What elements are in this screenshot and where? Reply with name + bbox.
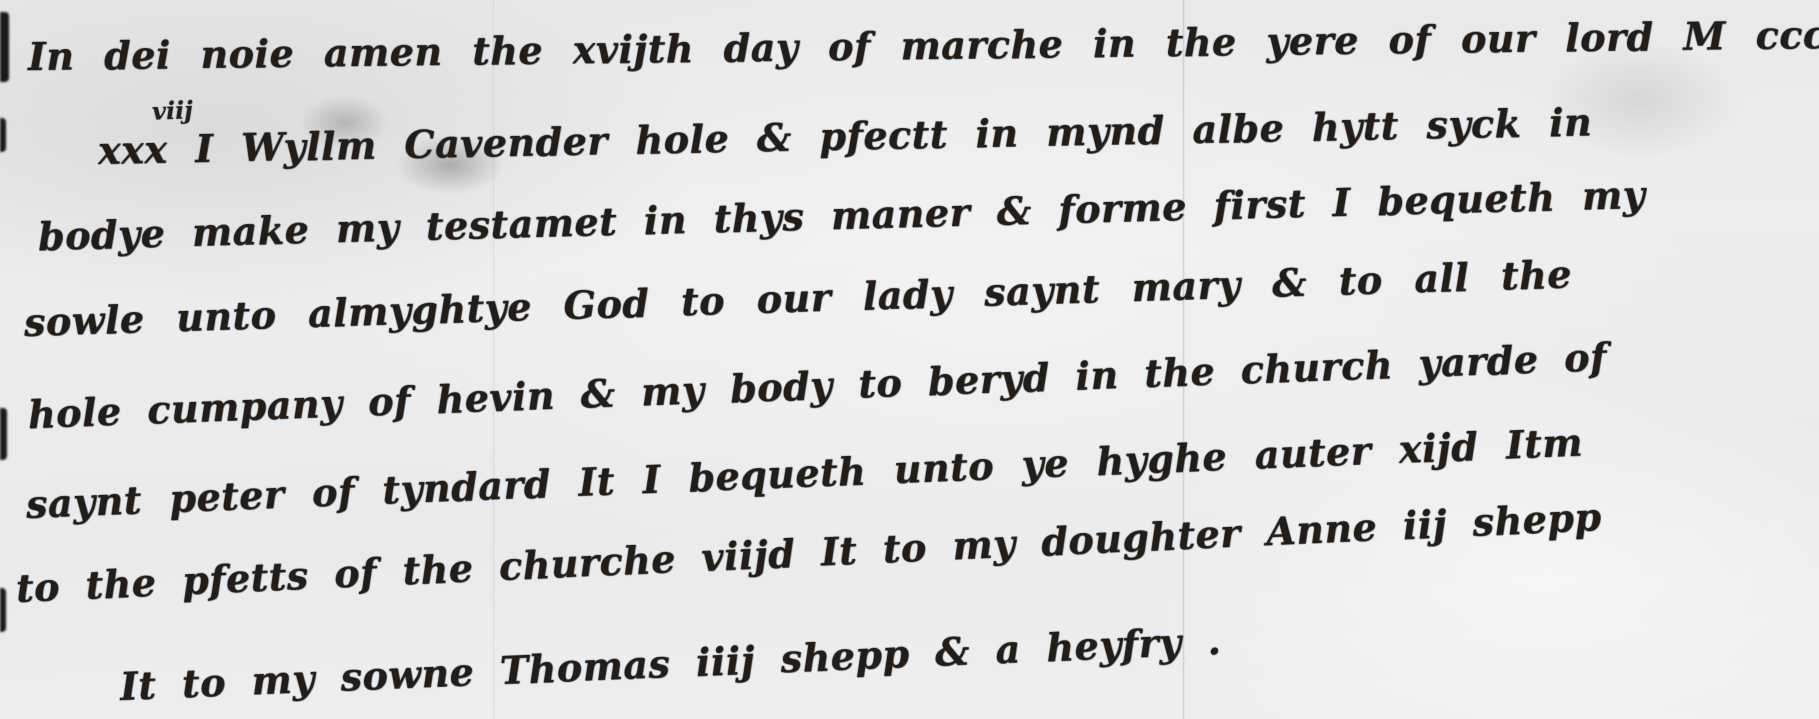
fold-crease-left [492,0,495,719]
manuscript-line: bodye make my testamet in thys maner & f… [37,172,1645,259]
scan-edge-artifact [0,408,7,460]
interlined-insertion: viij [152,95,194,125]
manuscript-line: It to my sowne Thomas iiij shepp & a hey… [119,618,1222,709]
manuscript-page: In dei noie amen the xvijth day of march… [0,0,1819,719]
manuscript-line: hole cumpany of hevin & my body to beryd… [27,334,1607,437]
scan-edge-artifact [0,588,6,632]
manuscript-line: xxx I Wyllm Cavender hole & pfectt in my… [98,99,1593,173]
scan-edge-artifact [0,12,9,82]
manuscript-line: In dei noie amen the xvijth day of march… [28,12,1819,79]
scan-edge-artifact [0,118,6,152]
manuscript-line: sowle unto almyghtye God to our lady say… [23,251,1572,345]
